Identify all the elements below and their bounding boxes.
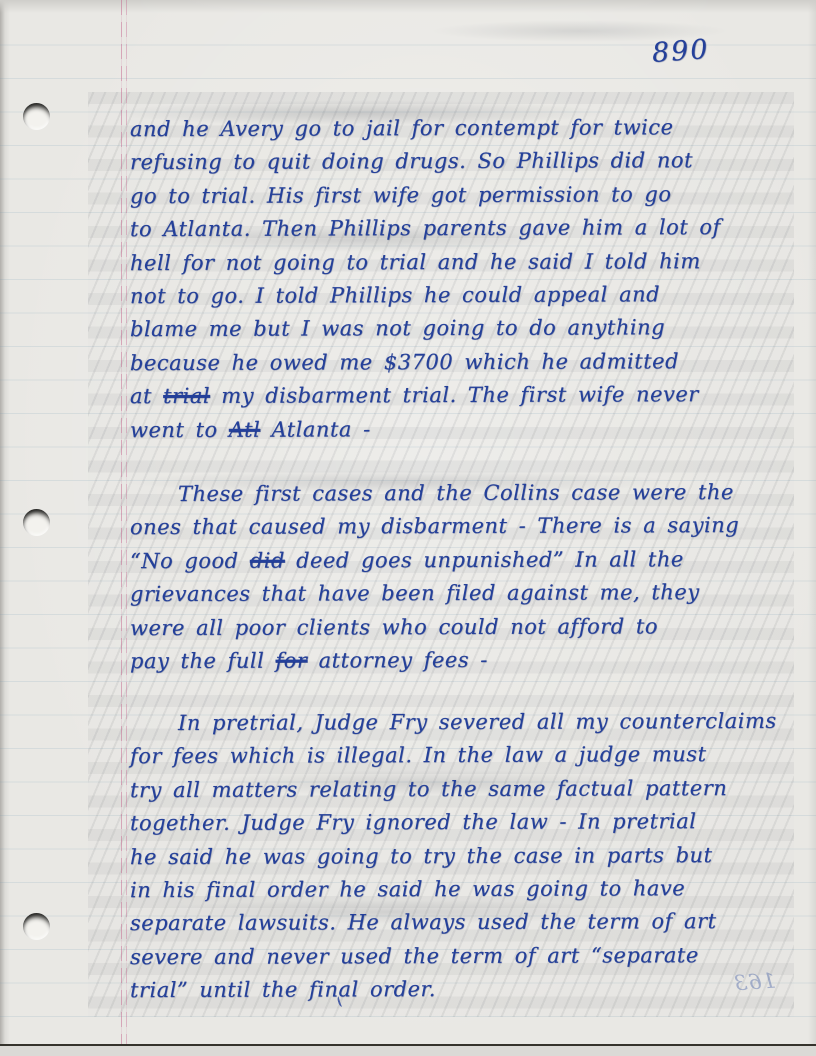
line-text: not to go. I told Phillips he could appe… — [130, 282, 660, 308]
handwritten-line: try all matters relating to the same fac… — [130, 772, 790, 808]
handwritten-line: refusing to quit doing drugs. So Phillip… — [130, 144, 790, 180]
handwritten-line: for fees which is illegal. In the law a … — [130, 738, 790, 774]
handwritten-line: go to trial. His first wife got permissi… — [130, 178, 790, 214]
line-text: were all poor clients who could not affo… — [130, 614, 658, 640]
line-text: at — [130, 384, 163, 408]
line-text: hell for not going to trial and he said … — [130, 249, 701, 275]
handwritten-line: blame me but I was not going to do anyth… — [130, 311, 790, 347]
handwritten-line: trial” until the final order. — [130, 972, 790, 1008]
struck-word: did — [250, 548, 285, 572]
line-text: to Atlanta. Then Phillips parents gave h… — [130, 215, 721, 241]
line-text: These first cases and the Collins case w… — [178, 480, 734, 506]
line-text: and he Avery go to jail for contempt for… — [130, 115, 674, 141]
handwritten-line: separate lawsuits. He always used the te… — [130, 905, 790, 941]
handwritten-line: and he Avery go to jail for contempt for… — [130, 111, 790, 147]
struck-word: Atl — [229, 417, 261, 441]
handwritten-line: In pretrial, Judge Fry severed all my co… — [130, 705, 790, 741]
line-text: he said he was going to try the case in … — [130, 843, 713, 869]
line-text: “No good — [130, 549, 250, 573]
handwritten-line: he said he was going to try the case in … — [130, 838, 790, 874]
line-text: pay the full — [130, 649, 276, 674]
line-text: blame me but I was not going to do anyth… — [130, 316, 665, 342]
line-text: separate lawsuits. He always used the te… — [130, 909, 717, 935]
line-text: in his final order he said he was going … — [130, 876, 685, 902]
paragraph-2: These first cases and the Collins case w… — [130, 477, 790, 677]
handwritten-line: because he owed me $3700 which he admitt… — [130, 345, 790, 381]
scanned-page-sheet: 890 and he Avery go to jail for contempt… — [0, 0, 816, 1056]
line-text: ones that caused my disbarment - There i… — [130, 513, 739, 539]
struck-word: for — [275, 648, 307, 672]
paragraph-3: In pretrial, Judge Fry severed all my co… — [130, 706, 790, 1007]
line-text: grievances that have been filed against … — [130, 580, 700, 606]
handwritten-line: These first cases and the Collins case w… — [130, 476, 790, 512]
bleedthrough-page-number: 163 — [732, 969, 777, 996]
paragraph-1: and he Avery go to jail for contempt for… — [130, 112, 790, 446]
scanner-background-strip — [0, 1046, 816, 1056]
line-text: In pretrial, Judge Fry severed all my co… — [178, 709, 777, 735]
line-text: try all matters relating to the same fac… — [130, 776, 727, 802]
line-text: go to trial. His first wife got permissi… — [130, 182, 672, 208]
handwritten-line: together. Judge Fry ignored the law - In… — [130, 805, 790, 841]
line-text: trial” until the final order. — [130, 977, 436, 1002]
line-text: attorney fees - — [307, 648, 488, 673]
line-text: because he owed me $3700 which he admitt… — [130, 349, 679, 375]
handwritten-line: in his final order he said he was going … — [130, 872, 790, 908]
handwritten-line: ones that caused my disbarment - There i… — [130, 509, 790, 545]
line-text: Atlanta - — [260, 417, 370, 441]
handwritten-line: not to go. I told Phillips he could appe… — [130, 278, 790, 314]
handwritten-line: grievances that have been filed against … — [130, 576, 790, 612]
handwritten-line: hell for not going to trial and he said … — [130, 244, 790, 280]
handwritten-line: “No good did deed goes unpunished” In al… — [130, 543, 790, 579]
line-text: went to — [130, 417, 229, 441]
line-text: severe and never used the term of art “s… — [130, 943, 699, 969]
handwritten-line: to Atlanta. Then Phillips parents gave h… — [130, 211, 790, 247]
line-text: deed goes unpunished” In all the — [285, 547, 684, 572]
struck-word: trial — [163, 384, 210, 408]
handwritten-line: were all poor clients who could not affo… — [130, 609, 790, 645]
handwritten-line: severe and never used the term of art “s… — [130, 939, 790, 975]
line-text: refusing to quit doing drugs. So Phillip… — [130, 149, 693, 175]
line-text: together. Judge Fry ignored the law - In… — [130, 809, 697, 835]
line-text: my disbarment trial. The first wife neve… — [210, 382, 699, 408]
handwritten-line: at trial my disbarment trial. The first … — [130, 378, 790, 414]
handwritten-line: pay the full for attorney fees - — [130, 643, 790, 679]
handwritten-line: went to Atl Atlanta - — [130, 411, 790, 447]
handwriting: and he Avery go to jail for contempt for… — [0, 0, 816, 1056]
line-text: for fees which is illegal. In the law a … — [130, 743, 707, 769]
